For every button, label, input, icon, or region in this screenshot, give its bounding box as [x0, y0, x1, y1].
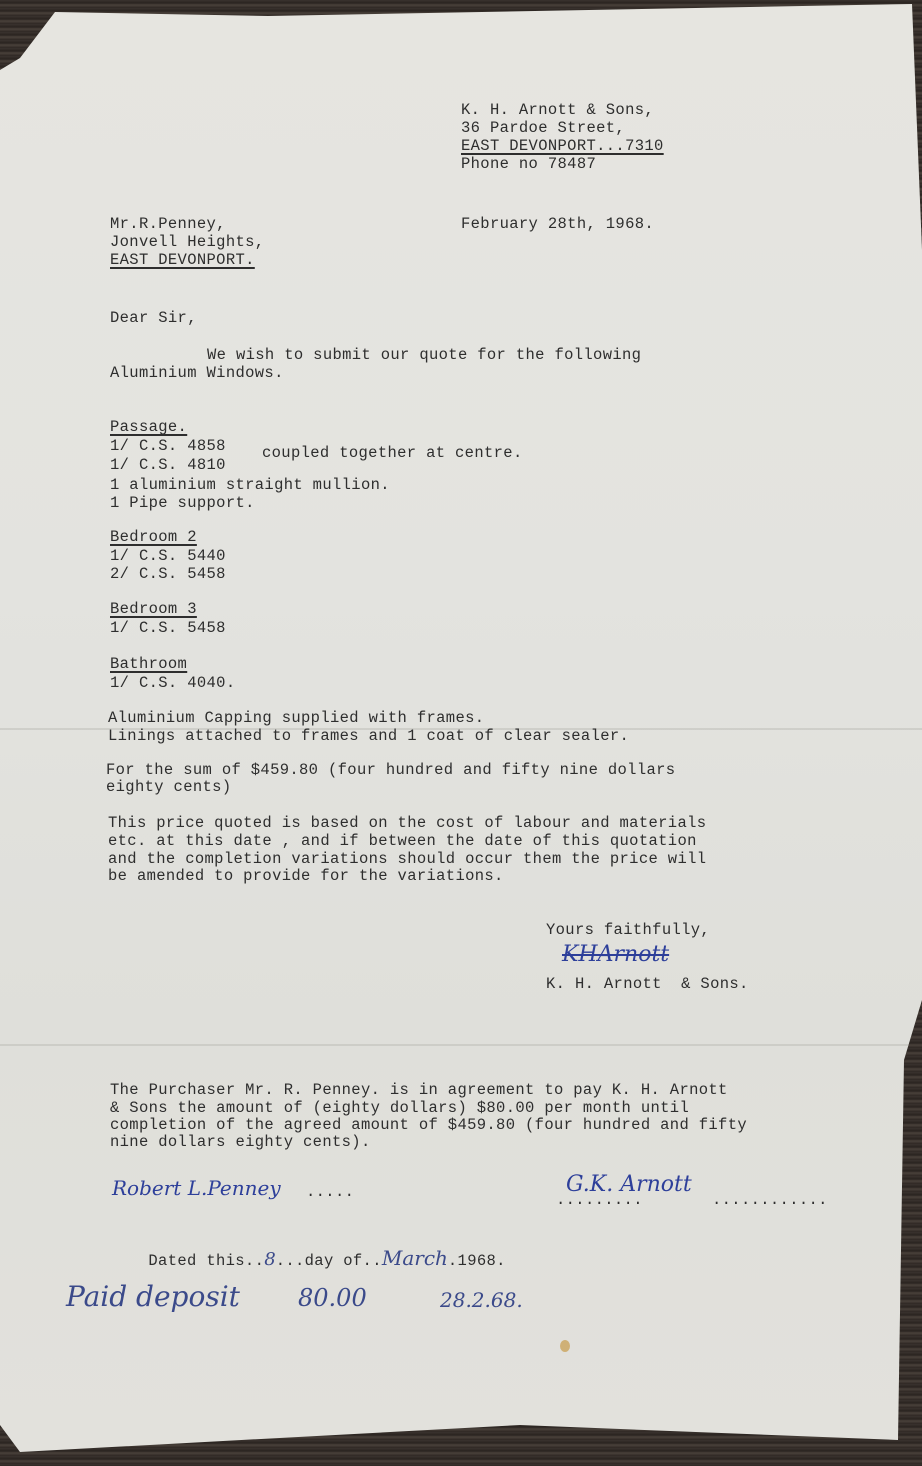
room-heading-bathroom: Bathroom	[110, 656, 187, 674]
dated-middle: ...day of..	[276, 1252, 382, 1270]
room-item: 1 aluminium straight mullion.	[110, 477, 390, 495]
company-signature: KHArnott	[562, 942, 669, 967]
dated-prefix: Dated this..	[148, 1252, 264, 1270]
room-item: 2/ C.S. 5458	[110, 566, 226, 584]
intro-line-1: We wish to submit our quote for the foll…	[207, 347, 641, 365]
letterhead-phone: Phone no 78487	[461, 156, 596, 174]
purchaser-signature-dots: .....	[306, 1184, 354, 1202]
room-item: 1/ C.S. 4040.	[110, 675, 235, 693]
room-heading-bedroom-3: Bedroom 3	[110, 601, 197, 619]
room-item: 1/ C.S. 5440	[110, 548, 226, 566]
agreement-line: & Sons the amount of (eighty dollars) $8…	[110, 1100, 689, 1118]
seller-signature: G.K. Arnott	[566, 1172, 692, 1197]
dated-month: March	[382, 1246, 448, 1270]
recipient-name: Mr.R.Penney,	[110, 216, 226, 234]
letterhead-street: 36 Pardoe Street,	[461, 120, 625, 138]
deposit-note-date: 28.2.68.	[440, 1288, 523, 1312]
conditions-line: etc. at this date , and if between the d…	[108, 833, 697, 851]
seller-signature-dots-right: ............	[712, 1192, 828, 1210]
paper-fold	[0, 1044, 922, 1046]
valediction: Yours faithfully,	[546, 922, 710, 940]
deposit-note-label: Paid deposit	[66, 1280, 240, 1313]
conditions-line: and the completion variations should occ…	[108, 851, 706, 869]
conditions-line: This price quoted is based on the cost o…	[108, 815, 706, 833]
agreement-line: completion of the agreed amount of $459.…	[110, 1117, 747, 1135]
letterhead-company: K. H. Arnott & Sons,	[461, 102, 654, 120]
signatory: K. H. Arnott & Sons.	[546, 976, 749, 994]
recipient-address: Jonvell Heights,	[110, 234, 264, 252]
salutation: Dear Sir,	[110, 310, 197, 328]
conditions-line: be amended to provide for the variations…	[108, 868, 504, 886]
room-heading-bedroom-2: Bedroom 2	[110, 529, 197, 547]
purchaser-signature: Robert L.Penney	[112, 1176, 281, 1200]
room-note: coupled together at centre.	[262, 445, 523, 463]
dated-suffix: .1968.	[448, 1252, 506, 1270]
room-item: 1/ C.S. 4810	[110, 457, 226, 475]
deposit-note-amount: 80.00	[298, 1284, 367, 1312]
paper-stain	[560, 1340, 570, 1352]
dated-day: 8	[264, 1249, 275, 1270]
recipient-city: EAST DEVONPORT.	[110, 252, 255, 270]
intro-line-2: Aluminium Windows.	[110, 365, 284, 383]
agreement-line: The Purchaser Mr. R. Penney. is in agree…	[110, 1082, 728, 1100]
extras-line-2: Linings attached to frames and 1 coat of…	[108, 728, 629, 746]
sum-line-2: eighty cents)	[106, 779, 231, 797]
room-item: 1 Pipe support.	[110, 495, 255, 513]
room-item: 1/ C.S. 4858	[110, 438, 226, 456]
letter-date: February 28th, 1968.	[461, 216, 654, 234]
room-item: 1/ C.S. 5458	[110, 620, 226, 638]
extras-line-1: Aluminium Capping supplied with frames.	[108, 710, 484, 728]
letter-paper: K. H. Arnott & Sons, 36 Pardoe Street, E…	[0, 0, 922, 1466]
letterhead-city: EAST DEVONPORT...7310	[461, 138, 664, 156]
room-heading-passage: Passage.	[110, 419, 187, 437]
sum-line-1: For the sum of $459.80 (four hundred and…	[106, 762, 675, 780]
agreement-line: nine dollars eighty cents).	[110, 1134, 371, 1152]
